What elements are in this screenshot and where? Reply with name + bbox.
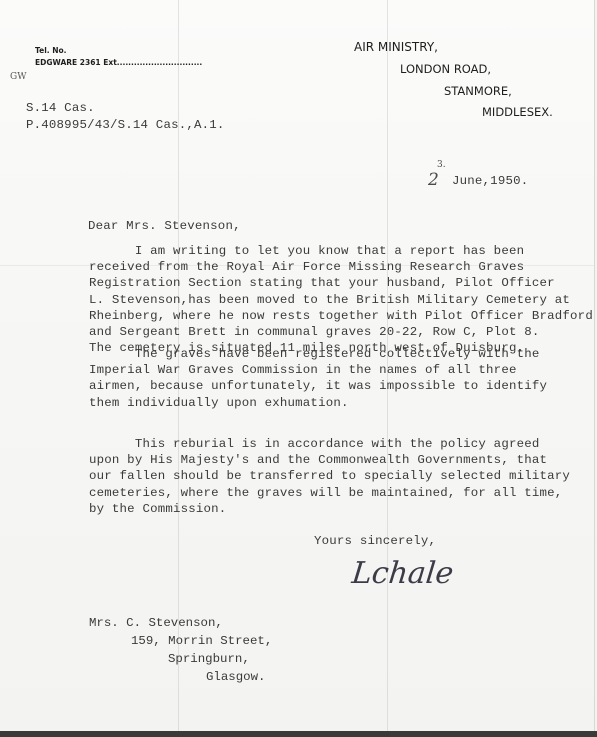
telephone-number: EDGWARE 2361 Ext........................… [35,58,202,67]
recipient-address-line: Mrs. C. Stevenson, [89,616,223,630]
reference-line: P.408995/43/S.14 Cas.,A.1. [26,118,225,132]
recipient-address-line: 159, Morrin Street, [131,634,272,648]
closing: Yours sincerely, [314,534,436,548]
date-day-superscript: 3. [437,160,446,170]
sender-address-line: STANMORE, [444,84,512,98]
signature: Lchale [350,556,455,591]
sender-address-line: MIDDLESEX. [482,105,553,119]
body-paragraph: I am writing to let you know that a repo… [89,243,593,356]
body-paragraph: The graves have been registered collecti… [89,346,547,411]
body-paragraph: This reburial is in accordance with the … [89,436,570,517]
telephone-label: Tel. No. [35,46,67,55]
sender-address-line: AIR MINISTRY, [354,40,438,54]
reference-line: S.14 Cas. [26,101,95,115]
date-day-handwritten: 2 [428,170,439,190]
date-text: June,1950. [452,174,528,188]
scan-edge [0,731,597,737]
recipient-address-line: Springburn, [168,652,250,666]
letter-paper: Tel. No. EDGWARE 2361 Ext...............… [0,0,595,731]
recipient-address-line: Glasgow. [206,670,266,684]
salutation: Dear Mrs. Stevenson, [88,219,241,233]
handwritten-initials: GW [10,72,26,82]
sender-address-line: LONDON ROAD, [400,62,491,76]
